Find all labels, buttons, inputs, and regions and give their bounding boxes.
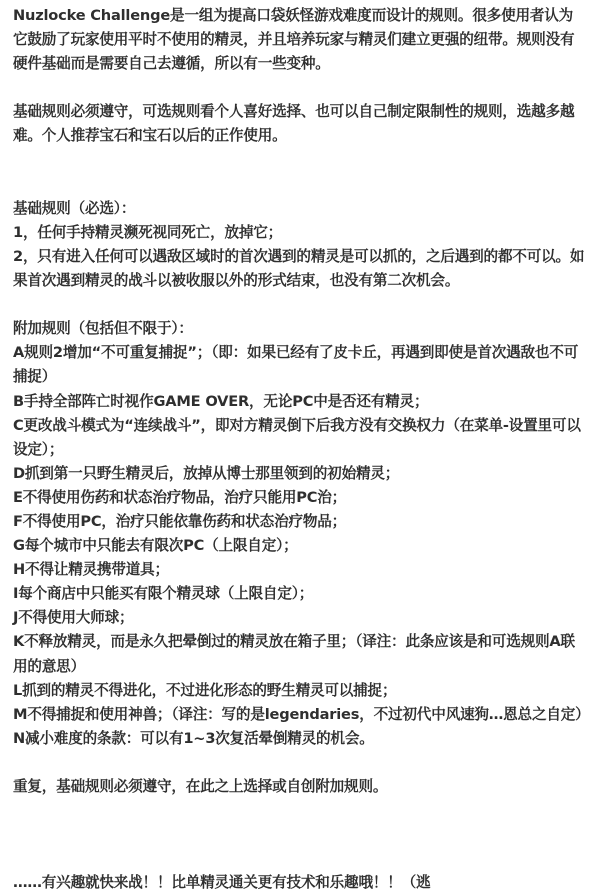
extra-rule-item-g: G每个城市中只能去有限次PC（上限自定）； (13, 534, 585, 558)
extra-rules-heading: 附加规则（包括但不限于）： (13, 317, 585, 341)
intro-paragraph: Nuzlocke Challenge是一组为提高口袋妖怪游戏难度而设计的规则。很… (13, 4, 585, 76)
paragraph-gap (13, 293, 585, 317)
basic-rules-heading: 基础规则（必选）： (13, 197, 585, 221)
extra-rule-item-i: I每个商店中只能买有限个精灵球（上限自定）； (13, 582, 585, 606)
recommendation-paragraph: 基础规则必须遵守，可选规则看个人喜好选择、也可以自己制定限制性的规则，选越多越难… (13, 100, 585, 148)
paragraph-gap (13, 751, 585, 775)
article-body: Nuzlocke Challenge是一组为提高口袋妖怪游戏难度而设计的规则。很… (13, 4, 585, 893)
extra-rule-item-c: C更改战斗模式为“连续战斗”，即对方精灵倒下后我方没有交换权力（在菜单-设置里可… (13, 414, 585, 462)
closing-paragraph: ……有兴趣就快来战！！比单精灵通关更有技术和乐趣哦！！（逃 (13, 871, 585, 893)
extra-rule-item-b: B手持全部阵亡时视作GAME OVER，无论PC中是否还有精灵； (13, 390, 585, 414)
extra-rules-section: 附加规则（包括但不限于）： A规则2增加“不可重复捕捉”；（即：如果已经有了皮卡… (13, 317, 585, 751)
basic-rules-section: 基础规则（必选）： 1，任何手持精灵濒死视同死亡，放掉它； 2，只有进入任何可以… (13, 197, 585, 293)
extra-rule-item-k: K不释放精灵，而是永久把晕倒过的精灵放在箱子里；（译注：此条应该是和可选规则A联… (13, 630, 585, 678)
reminder-paragraph: 重复，基础规则必须遵守，在此之上选择或自创附加规则。 (13, 775, 585, 799)
extra-rule-item-j: J不得使用大师球； (13, 606, 585, 630)
extra-rule-item-d: D抓到第一只野生精灵后，放掉从博士那里领到的初始精灵； (13, 462, 585, 486)
extra-rule-item-n: N减小难度的条款：可以有1~3次复活晕倒精灵的机会。 (13, 727, 585, 751)
extra-rule-item-a: A规则2增加“不可重复捕捉”；（即：如果已经有了皮卡丘，再遇到即使是首次遇敌也不… (13, 341, 585, 389)
extra-rule-item-h: H不得让精灵携带道具； (13, 558, 585, 582)
basic-rule-item: 2，只有进入任何可以遇敌区域时的首次遇到的精灵是可以抓的，之后遇到的都不可以。如… (13, 245, 585, 293)
paragraph-gap (13, 799, 585, 871)
extra-rule-item-l: L抓到的精灵不得进化，不过进化形态的野生精灵可以捕捉； (13, 679, 585, 703)
extra-rule-item-f: F不得使用PC，治疗只能依靠伤药和状态治疗物品； (13, 510, 585, 534)
extra-rule-item-e: E不得使用伤药和状态治疗物品，治疗只能用PC治； (13, 486, 585, 510)
basic-rule-item: 1，任何手持精灵濒死视同死亡，放掉它； (13, 221, 585, 245)
extra-rule-item-m: M不得捕捉和使用神兽；（译注：写的是legendaries，不过初代中风速狗…恩… (13, 703, 585, 727)
paragraph-gap (13, 76, 585, 100)
paragraph-gap (13, 149, 585, 197)
